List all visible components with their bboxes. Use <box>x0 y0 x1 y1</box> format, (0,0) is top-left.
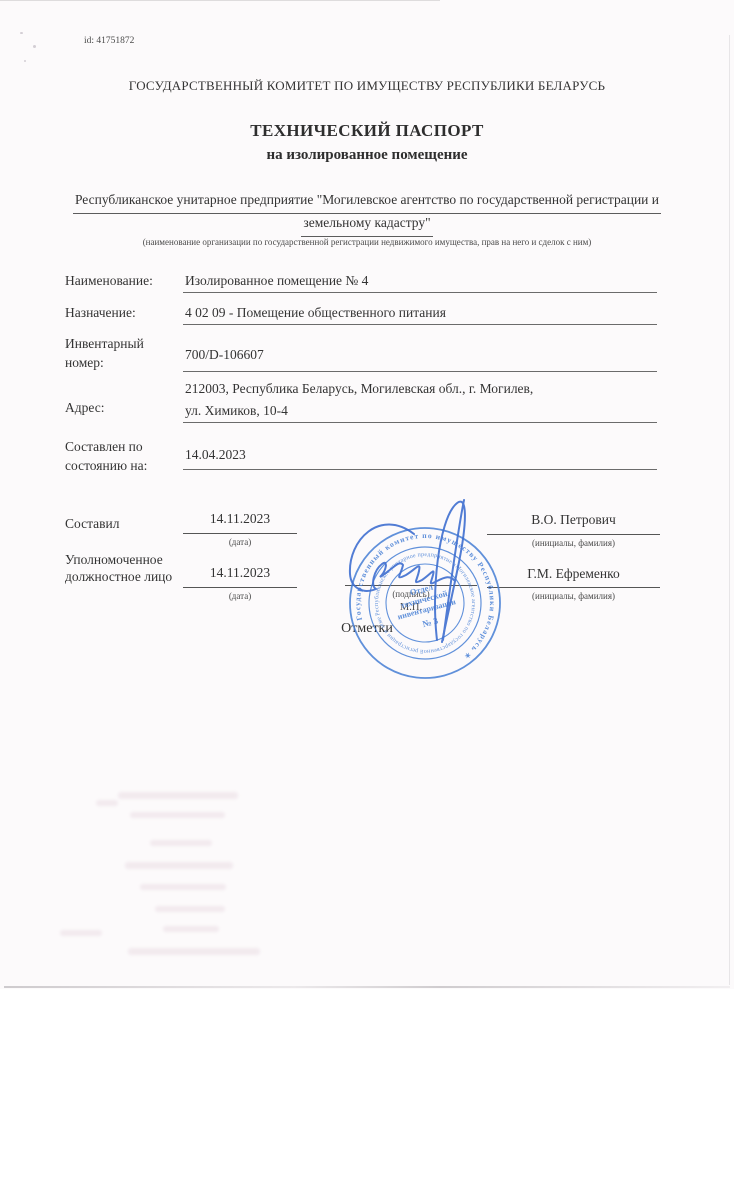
signature-date-caption: (дата) <box>183 537 297 547</box>
header-title: ГОСУДАРСТВЕННЫЙ КОМИТЕТ ПО ИМУЩЕСТВУ РЕС… <box>0 78 734 94</box>
scan-edge <box>729 35 730 985</box>
signature-date-caption: (дата) <box>183 591 297 601</box>
field-label-inventory-number: Инвентарный номер: <box>65 334 165 372</box>
field-label-compiled-date: Составлен по состоянию на: <box>65 437 175 475</box>
field-value-name: Изолированное помещение № 4 <box>185 270 655 292</box>
field-value-compiled-date: 14.04.2023 <box>185 444 655 466</box>
stamp-inner-ring-text: Республиканское унитарное предприятие «М… <box>318 490 487 681</box>
svg-text:Республиканское унитарное пред: Республиканское унитарное предприятие «М… <box>318 490 487 681</box>
field-underline <box>183 292 657 293</box>
field-value-address-line1: 212003, Республика Беларусь, Могилевская… <box>185 378 655 400</box>
organization-caption: (наименование организации по государстве… <box>0 237 734 247</box>
scan-edge <box>4 986 730 988</box>
scan-speck <box>33 45 36 48</box>
field-label-name: Наименование: <box>65 271 177 290</box>
field-label-address: Адрес: <box>65 398 177 417</box>
field-underline <box>183 422 657 423</box>
field-underline <box>183 371 657 372</box>
organization-name-line2: земельному кадастру" <box>0 211 734 237</box>
doc-title: ТЕХНИЧЕСКИЙ ПАСПОРТ <box>0 121 734 141</box>
stamp-icon: Государственный комитет по имуществу Рес… <box>318 490 523 695</box>
scan-paper-area: id: 41751872 ГОСУДАРСТВЕННЫЙ КОМИТЕТ ПО … <box>0 0 734 989</box>
signature-date-line <box>183 533 297 534</box>
document-id: id: 41751872 <box>84 36 134 46</box>
doc-subtitle: на изолированное помещение <box>0 147 734 164</box>
field-value-inventory-number: 700/D-106607 <box>185 344 655 366</box>
signature-date-line <box>183 587 297 588</box>
signature-date-compiler: 14.11.2023 <box>183 511 297 527</box>
field-underline <box>183 324 657 325</box>
signature-date-official: 14.11.2023 <box>183 565 297 581</box>
field-label-purpose: Назначение: <box>65 303 177 322</box>
scan-edge <box>0 0 440 1</box>
field-value-address-line2: ул. Химиков, 10-4 <box>185 400 655 422</box>
scan-speck <box>24 60 26 62</box>
stamp-center-line4: № 3 <box>421 615 439 629</box>
field-value-purpose: 4 02 09 - Помещение общественного питани… <box>185 302 655 324</box>
scan-speck <box>20 32 23 34</box>
scanned-document-page: { "doc": { "id_label": "id: 41751872", "… <box>0 0 734 1200</box>
field-underline <box>183 469 657 470</box>
official-stamp: Государственный комитет по имуществу Рес… <box>318 490 523 695</box>
